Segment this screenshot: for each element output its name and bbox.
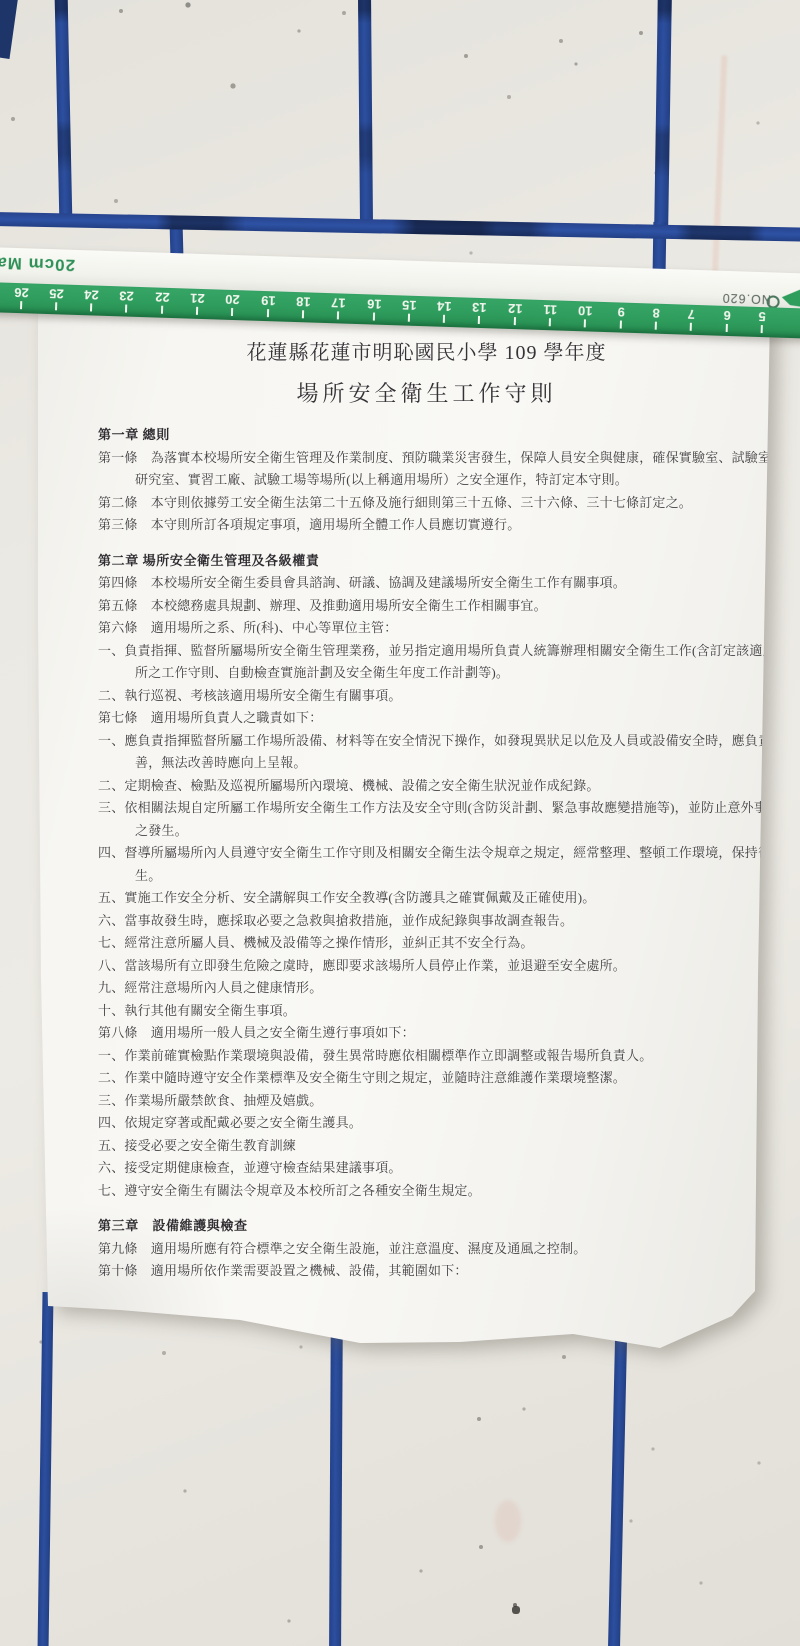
document-lines: 第一章 總則第一條 為落實本校場所安全衛生管理及作業制度、預防職業災害發生，保障… [98, 424, 755, 1283]
ruler-tick [266, 309, 268, 317]
ruler-tick [760, 325, 762, 333]
ruler-unit-25: 25 [44, 287, 69, 311]
ruler-number: 10 [573, 304, 597, 318]
pink-marker-stain [495, 1500, 521, 1542]
doc-line-item: 一、作業前確實檢點作業環境與設備，發生異常時應依相關標準作立即調整或報告場所負責… [98, 1045, 755, 1068]
ruler-tick [20, 301, 22, 309]
ruler-number: 24 [79, 288, 103, 302]
ruler-tick [196, 307, 198, 315]
document-subtitle: 場所安全衛生工作守則 [98, 378, 755, 410]
ruler-number: 12 [503, 302, 527, 316]
ruler-unit-22: 22 [150, 290, 175, 314]
doc-line-item: 五、實施工作安全分析、安全講解與工作安全教導(含防護具之確實佩戴及正確使用)。 [98, 887, 755, 910]
ruler-unit-23: 23 [114, 289, 139, 313]
tape-smudge [0, 212, 800, 242]
ruler-unit-7: 7 [679, 307, 704, 331]
ruler-number: 20 [221, 293, 245, 307]
ruler-tick [302, 310, 304, 318]
ruler-number: 8 [644, 306, 668, 320]
tape-smudge [358, 0, 373, 224]
doc-line-item: 四、依規定穿著或配戴必要之安全衛生護具。 [98, 1112, 755, 1135]
doc-line-cont: 所之工作守則、自動檢查實施計劃及安全衛生年度工作計劃等)。 [98, 662, 755, 685]
doc-line-article: 第九條 適用場所應有符合標準之安全衛生設施，並注意溫度、濕度及通風之控制。 [98, 1238, 755, 1261]
ruler-unit-11: 11 [538, 303, 563, 327]
doc-line-item: 四、督導所屬場所內人員遵守安全衛生工作守則及相關安全衛生法令規章之規定，經常整理… [98, 842, 755, 865]
ruler-tick [125, 305, 127, 313]
ruler-unit-6: 6 [714, 309, 739, 333]
doc-line-item: 三、依相關法規自定所屬工作場所安全衛生工作方法及安全守則(含防災計劃、緊急事故應… [98, 797, 755, 820]
ruler-tick [55, 302, 57, 310]
ruler-number: 22 [150, 290, 174, 304]
document-text: 花蓮縣花蓮市明恥國民小學 109 學年度 場所安全衛生工作守則 第一章 總則第一… [98, 338, 755, 1283]
ruler-tick [655, 322, 657, 330]
whiteboard-photo: 花蓮縣花蓮市明恥國民小學 109 學年度 場所安全衛生工作守則 第一章 總則第一… [0, 0, 800, 1646]
doc-line-article: 第四條 本校場所安全衛生委員會具諮詢、研議、協調及建議場所安全衛生工作有關事項。 [98, 572, 755, 595]
ruler-number: 16 [362, 297, 386, 311]
ruler-unit-8: 8 [644, 306, 669, 330]
doc-line-item: 六、當事故發生時，應採取必要之急救與搶救措施，並作成紀錄與事故調查報告。 [98, 910, 755, 933]
ruler-tick [231, 308, 233, 316]
doc-line-article: 第八條 適用場所一般人員之安全衛生遵行事項如下： [98, 1022, 755, 1045]
tape-vertical-top-left [55, 0, 73, 222]
tape-vertical-bottom-right [608, 1292, 628, 1646]
doc-line-cont: 善，無法改善時應向上呈報。 [98, 752, 755, 775]
ruler-tick [161, 306, 163, 314]
doc-line-item: 一、負責指揮、監督所屬場所安全衛生管理業務，並另指定適用場所負責人統籌辦理相關安… [98, 640, 755, 663]
ruler-number: 18 [291, 295, 315, 309]
ruler-number: 21 [185, 291, 209, 305]
doc-line-cont: 之發生。 [98, 820, 755, 843]
document-paper: 花蓮縣花蓮市明恥國民小學 109 學年度 場所安全衛生工作守則 第一章 總則第一… [28, 298, 775, 1356]
ruler-number: 6 [714, 309, 738, 323]
ruler-tick [408, 314, 410, 322]
ruler-unit-17: 17 [326, 296, 351, 320]
ruler-number: 19 [256, 294, 280, 308]
ruler-tick [690, 323, 692, 331]
doc-line-chapter: 第三章 設備維護與檢查 [98, 1215, 755, 1238]
ruler-tick [725, 324, 727, 332]
doc-line-article: 第三條 本守則所訂各項規定事項，適用場所全體工作人員應切實遵行。 [98, 514, 755, 537]
ruler-unit-5: 5 [749, 310, 774, 334]
document-title: 花蓮縣花蓮市明恥國民小學 109 學年度 [98, 338, 755, 368]
ruler-tick [337, 311, 339, 319]
doc-line-article: 第十條 適用場所依作業需要設置之機械、設備，其範圍如下： [98, 1260, 755, 1283]
ruler-model-text: NO.620 [722, 291, 772, 307]
doc-line-item: 五、接受必要之安全衛生教育訓練 [98, 1135, 755, 1158]
ruler-number: 26 [9, 286, 33, 300]
doc-line-article: 第五條 本校總務處具規劃、辦理、及推動適用場所安全衛生工作相關事宜。 [98, 595, 755, 618]
tape-horizontal-top [0, 212, 800, 242]
ruler-number: 7 [679, 307, 703, 321]
ruler-unit-18: 18 [291, 295, 316, 319]
ruler-number: 5 [750, 310, 774, 324]
tape-vertical-bottom-middle [329, 1292, 343, 1646]
doc-line-item: 三、作業場所嚴禁飲食、抽煙及嬉戲。 [98, 1090, 755, 1113]
ruler-tick [513, 317, 515, 325]
doc-line-article: 第七條 適用場所負責人之職責如下： [98, 707, 755, 730]
ruler-tick [619, 320, 621, 328]
doc-line-article: 第二條 本守則依據勞工安全衛生法第二十五條及施行細則第三十五條、三十六條、三十七… [98, 492, 755, 515]
ruler-number: 15 [397, 298, 421, 312]
ruler-unit-9: 9 [608, 305, 633, 329]
doc-line-item: 六、接受定期健康檢查，並遵守檢查結果建議事項。 [98, 1157, 755, 1180]
doc-line-chapter: 第二章 場所安全衛生管理及各級權責 [98, 550, 755, 573]
ruler-unit-10: 10 [573, 304, 598, 328]
doc-line-item: 一、應負責指揮監督所屬工作場所設備、材料等在安全情況下操作，如發現異狀足以危及人… [98, 730, 755, 753]
ruler-number: 9 [609, 305, 633, 319]
doc-line-item: 七、經常注意所屬人員、機械及設備等之操作情形，並糾正其不安全行為。 [98, 932, 755, 955]
ruler-unit-20: 20 [220, 293, 245, 317]
ruler-number: 25 [44, 287, 68, 301]
doc-line-item: 八、當該場所有立即發生危險之虞時，應即要求該場所人員停止作業，並退避至安全處所。 [98, 955, 755, 978]
ruler-unit-12: 12 [502, 302, 527, 326]
ruler-unit-14: 14 [432, 299, 457, 323]
tape-corner-mark [0, 0, 18, 59]
red-marker-stain [711, 55, 728, 305]
tape-smudge [55, 0, 73, 222]
doc-line-article: 第六條 適用場所之系、所(科)、中心等單位主管： [98, 617, 755, 640]
ruler-tick [549, 318, 551, 326]
doc-line-item: 二、作業中隨時遵守安全作業標準及安全衛生守則之規定，並隨時注意維護作業環境整潔。 [98, 1067, 755, 1090]
tape-smudge [654, 0, 672, 228]
doc-line-cont: 研究室、實習工廠、試驗工場等場所(以上稱適用場所）之安全運作，特訂定本守則。 [98, 469, 755, 492]
ruler-tick [478, 316, 480, 324]
ruler-unit-19: 19 [255, 294, 280, 318]
tape-vertical-bottom-left [37, 1292, 53, 1646]
ruler-tick [443, 315, 445, 323]
ruler-tick [372, 313, 374, 321]
doc-line-article: 第一條 為落實本校場所安全衛生管理及作業制度、預防職業災害發生，保障人員安全與健… [98, 447, 755, 470]
ruler-tick [584, 319, 586, 327]
ruler-unit-13: 13 [467, 301, 492, 325]
doc-line-item: 十、執行其他有關安全衛生事項。 [98, 1000, 755, 1023]
ruler-unit-26: 26 [9, 286, 34, 310]
ruler-tick [90, 303, 92, 311]
doc-line-item: 二、執行巡視、考核該適用場所安全衛生有關事項。 [98, 685, 755, 708]
ruler-number: 11 [538, 303, 562, 317]
ruler-number: 17 [326, 296, 350, 310]
ruler-number: 23 [115, 289, 139, 303]
tape-vertical-top-middle [358, 0, 373, 224]
ruler-unit-15: 15 [397, 298, 422, 322]
tape-vertical-top-right [654, 0, 672, 228]
doc-line-chapter: 第一章 總則 [98, 424, 755, 447]
doc-line-item: 七、遵守安全衛生有關法令規章及本校所訂之各種安全衛生規定。 [98, 1180, 755, 1203]
ruler-number: 13 [467, 301, 491, 315]
doc-line-item: 二、定期檢查、檢點及巡視所屬場所內環境、機械、設備之安全衛生狀況並作成紀錄。 [98, 775, 755, 798]
ruler-brand-text: 20cm Magn [0, 252, 75, 275]
ruler-number: 14 [432, 299, 456, 313]
doc-line-item: 九、經常注意場所內人員之健康情形。 [98, 977, 755, 1000]
ruler-unit-21: 21 [185, 291, 210, 315]
ruler-unit-16: 16 [361, 297, 386, 321]
ruler-logo-arrow-icon [781, 289, 800, 309]
doc-line-cont: 生。 [98, 865, 755, 888]
ruler-unit-24: 24 [79, 288, 104, 312]
